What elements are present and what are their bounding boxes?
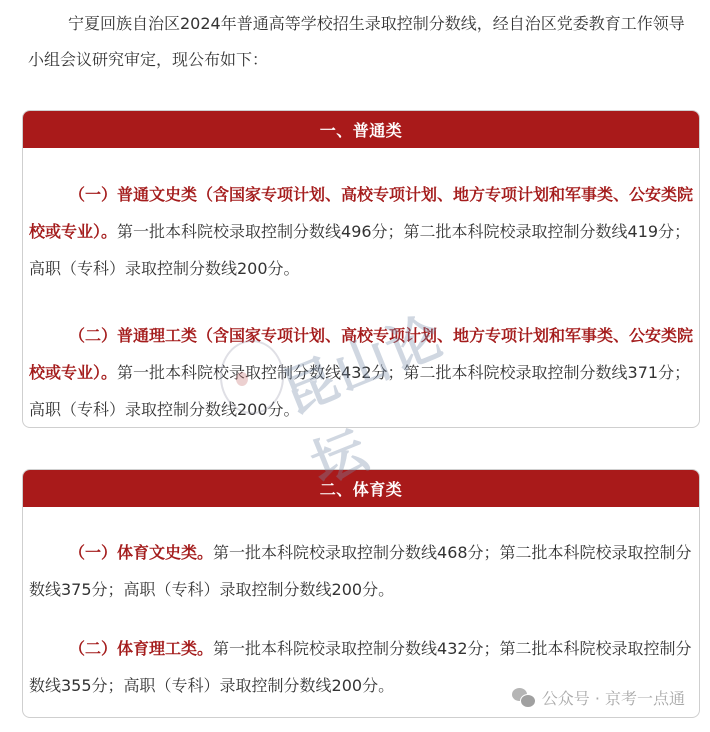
category-scores: 第一批本科院校录取控制分数线432分；第二批本科院校录取控制分数线371分；高职…: [29, 363, 690, 419]
section-card-general: 一、普通类 （一）普通文史类（含国家专项计划、高校专项计划、地方专项计划和军事类…: [22, 110, 700, 428]
category-scores: 第一批本科院校录取控制分数线496分；第二批本科院校录取控制分数线419分；高职…: [29, 222, 690, 278]
source-attribution: 公众号 · 京考一点通: [512, 686, 685, 709]
section-header: 一、普通类: [23, 111, 699, 148]
wechat-icon: [512, 688, 536, 708]
score-paragraph-science: （二）普通理工类（含国家专项计划、高校专项计划、地方专项计划和军事类、公安类院校…: [29, 317, 693, 428]
source-label: 公众号 · 京考一点通: [542, 686, 685, 709]
intro-paragraph: 宁夏回族自治区2024年普通高等学校招生录取控制分数线，经自治区党委教育工作领导…: [28, 6, 688, 78]
category-lead: （二）体育理工类。: [69, 639, 213, 658]
section-body: （一）体育文史类。第一批本科院校录取控制分数线468分；第二批本科院校录取控制分…: [23, 534, 699, 704]
section-body: （一）普通文史类（含国家专项计划、高校专项计划、地方专项计划和军事类、公安类院校…: [23, 176, 699, 428]
section-card-sports: 二、体育类 （一）体育文史类。第一批本科院校录取控制分数线468分；第二批本科院…: [22, 469, 700, 718]
score-paragraph-liberal-arts: （一）普通文史类（含国家专项计划、高校专项计划、地方专项计划和军事类、公安类院校…: [29, 176, 693, 287]
section-header: 二、体育类: [23, 470, 699, 507]
score-paragraph-sports-liberal-arts: （一）体育文史类。第一批本科院校录取控制分数线468分；第二批本科院校录取控制分…: [29, 534, 693, 608]
category-lead: （一）体育文史类。: [69, 543, 213, 562]
